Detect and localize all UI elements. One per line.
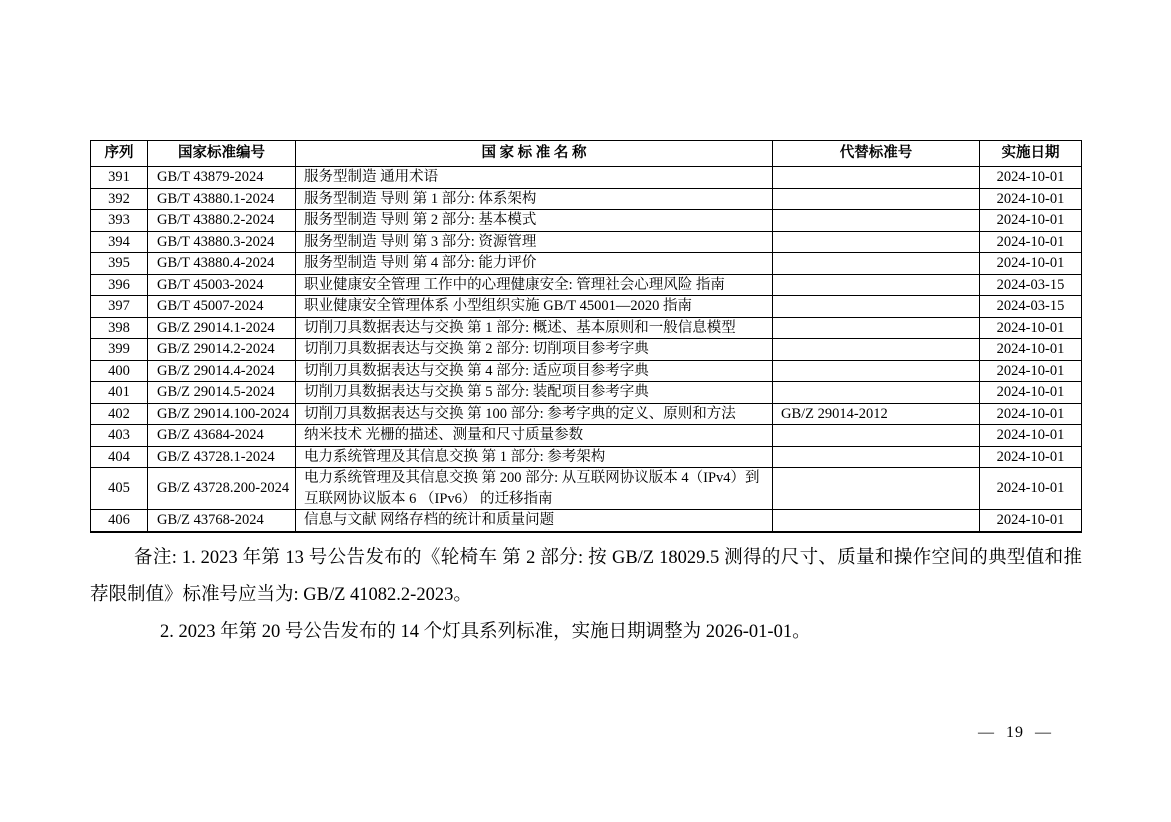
cell-code: GB/Z 43728.1-2024 [148, 446, 296, 468]
page-number: — 19 — [930, 724, 1100, 742]
cell-date: 2024-10-01 [980, 446, 1082, 468]
table-row: 405 GB/Z 43728.200-2024 电力系统管理及其信息交换 第 2… [91, 468, 1082, 510]
cell-seq: 401 [91, 382, 148, 404]
table-row: 396 GB/T 45003-2024 职业健康安全管理 工作中的心理健康安全:… [91, 274, 1082, 296]
table-header-row: 序列 国家标准编号 国 家 标 准 名 称 代替标准号 实施日期 [91, 141, 1082, 167]
cell-code: GB/T 43880.4-2024 [148, 253, 296, 275]
cell-replaces [773, 425, 980, 447]
cell-replaces [773, 317, 980, 339]
cell-name: 切削刀具数据表达与交换 第 4 部分: 适应项目参考字典 [296, 360, 773, 382]
cell-replaces: GB/Z 29014-2012 [773, 403, 980, 425]
header-date: 实施日期 [980, 141, 1082, 167]
cell-name: 切削刀具数据表达与交换 第 2 部分: 切削项目参考字典 [296, 339, 773, 361]
cell-date: 2024-10-01 [980, 425, 1082, 447]
cell-name: 服务型制造 导则 第 2 部分: 基本模式 [296, 210, 773, 232]
cell-date: 2024-03-15 [980, 296, 1082, 318]
table-row: 406 GB/Z 43768-2024 信息与文献 网络存档的统计和质量问题 2… [91, 510, 1082, 532]
cell-code: GB/T 45003-2024 [148, 274, 296, 296]
cell-code: GB/Z 29014.100-2024 [148, 403, 296, 425]
cell-replaces [773, 274, 980, 296]
table-row: 395 GB/T 43880.4-2024 服务型制造 导则 第 4 部分: 能… [91, 253, 1082, 275]
table-row: 401 GB/Z 29014.5-2024 切削刀具数据表达与交换 第 5 部分… [91, 382, 1082, 404]
cell-code: GB/Z 29014.4-2024 [148, 360, 296, 382]
cell-replaces [773, 382, 980, 404]
cell-date: 2024-10-01 [980, 317, 1082, 339]
cell-name: 切削刀具数据表达与交换 第 5 部分: 装配项目参考字典 [296, 382, 773, 404]
cell-date: 2024-10-01 [980, 210, 1082, 232]
header-code: 国家标准编号 [148, 141, 296, 167]
cell-date: 2024-10-01 [980, 253, 1082, 275]
footnotes: 备注: 1. 2023 年第 13 号公告发布的《轮椅车 第 2 部分: 按 G… [90, 540, 1082, 651]
cell-seq: 400 [91, 360, 148, 382]
table-row: 402 GB/Z 29014.100-2024 切削刀具数据表达与交换 第 10… [91, 403, 1082, 425]
cell-seq: 402 [91, 403, 148, 425]
cell-code: GB/T 43880.3-2024 [148, 231, 296, 253]
cell-replaces [773, 468, 980, 510]
cell-date: 2024-10-01 [980, 360, 1082, 382]
cell-name: 服务型制造 导则 第 3 部分: 资源管理 [296, 231, 773, 253]
table-row: 393 GB/T 43880.2-2024 服务型制造 导则 第 2 部分: 基… [91, 210, 1082, 232]
cell-replaces [773, 167, 980, 189]
cell-code: GB/T 43879-2024 [148, 167, 296, 189]
cell-seq: 404 [91, 446, 148, 468]
cell-replaces [773, 360, 980, 382]
cell-seq: 403 [91, 425, 148, 447]
cell-seq: 391 [91, 167, 148, 189]
cell-name: 服务型制造 导则 第 1 部分: 体系架构 [296, 188, 773, 210]
cell-replaces [773, 339, 980, 361]
table-row: 404 GB/Z 43728.1-2024 电力系统管理及其信息交换 第 1 部… [91, 446, 1082, 468]
cell-seq: 394 [91, 231, 148, 253]
cell-code: GB/T 43880.1-2024 [148, 188, 296, 210]
cell-date: 2024-10-01 [980, 382, 1082, 404]
cell-name: 服务型制造 导则 第 4 部分: 能力评价 [296, 253, 773, 275]
table-row: 399 GB/Z 29014.2-2024 切削刀具数据表达与交换 第 2 部分… [91, 339, 1082, 361]
cell-replaces [773, 188, 980, 210]
cell-seq: 396 [91, 274, 148, 296]
cell-code: GB/Z 29014.5-2024 [148, 382, 296, 404]
table-row: 394 GB/T 43880.3-2024 服务型制造 导则 第 3 部分: 资… [91, 231, 1082, 253]
cell-code: GB/Z 43728.200-2024 [148, 468, 296, 510]
cell-code: GB/Z 29014.1-2024 [148, 317, 296, 339]
cell-date: 2024-10-01 [980, 510, 1082, 532]
cell-date: 2024-10-01 [980, 403, 1082, 425]
header-replaces: 代替标准号 [773, 141, 980, 167]
cell-date: 2024-10-01 [980, 167, 1082, 189]
cell-seq: 393 [91, 210, 148, 232]
cell-name: 纳米技术 光栅的描述、测量和尺寸质量参数 [296, 425, 773, 447]
cell-seq: 399 [91, 339, 148, 361]
cell-name: 职业健康安全管理 工作中的心理健康安全: 管理社会心理风险 指南 [296, 274, 773, 296]
table-row: 392 GB/T 43880.1-2024 服务型制造 导则 第 1 部分: 体… [91, 188, 1082, 210]
cell-code: GB/T 45007-2024 [148, 296, 296, 318]
cell-seq: 405 [91, 468, 148, 510]
table-row: 397 GB/T 45007-2024 职业健康安全管理体系 小型组织实施 GB… [91, 296, 1082, 318]
cell-name: 电力系统管理及其信息交换 第 200 部分: 从互联网协议版本 4（IPv4）到… [296, 468, 773, 510]
cell-code: GB/Z 43684-2024 [148, 425, 296, 447]
header-name: 国 家 标 准 名 称 [296, 141, 773, 167]
cell-name: 服务型制造 通用术语 [296, 167, 773, 189]
cell-replaces [773, 446, 980, 468]
cell-seq: 406 [91, 510, 148, 532]
cell-name: 职业健康安全管理体系 小型组织实施 GB/T 45001—2020 指南 [296, 296, 773, 318]
table-row: 400 GB/Z 29014.4-2024 切削刀具数据表达与交换 第 4 部分… [91, 360, 1082, 382]
cell-name: 电力系统管理及其信息交换 第 1 部分: 参考架构 [296, 446, 773, 468]
table-row: 403 GB/Z 43684-2024 纳米技术 光栅的描述、测量和尺寸质量参数… [91, 425, 1082, 447]
table-row: 391 GB/T 43879-2024 服务型制造 通用术语 2024-10-0… [91, 167, 1082, 189]
cell-date: 2024-10-01 [980, 339, 1082, 361]
cell-date: 2024-10-01 [980, 231, 1082, 253]
header-seq: 序列 [91, 141, 148, 167]
cell-code: GB/Z 29014.2-2024 [148, 339, 296, 361]
cell-seq: 397 [91, 296, 148, 318]
cell-date: 2024-10-01 [980, 188, 1082, 210]
footnote-1: 备注: 1. 2023 年第 13 号公告发布的《轮椅车 第 2 部分: 按 G… [90, 540, 1082, 614]
cell-replaces [773, 210, 980, 232]
cell-replaces [773, 231, 980, 253]
cell-name: 切削刀具数据表达与交换 第 1 部分: 概述、基本原则和一般信息模型 [296, 317, 773, 339]
cell-seq: 392 [91, 188, 148, 210]
standards-table: 序列 国家标准编号 国 家 标 准 名 称 代替标准号 实施日期 391 GB/… [90, 140, 1082, 533]
cell-name: 切削刀具数据表达与交换 第 100 部分: 参考字典的定义、原则和方法 [296, 403, 773, 425]
cell-replaces [773, 253, 980, 275]
table-row: 398 GB/Z 29014.1-2024 切削刀具数据表达与交换 第 1 部分… [91, 317, 1082, 339]
cell-date: 2024-03-15 [980, 274, 1082, 296]
footnote-2: 2. 2023 年第 20 号公告发布的 14 个灯具系列标准，实施日期调整为 … [90, 614, 1082, 651]
cell-seq: 395 [91, 253, 148, 275]
cell-replaces [773, 510, 980, 532]
cell-replaces [773, 296, 980, 318]
cell-code: GB/T 43880.2-2024 [148, 210, 296, 232]
cell-code: GB/Z 43768-2024 [148, 510, 296, 532]
cell-name: 信息与文献 网络存档的统计和质量问题 [296, 510, 773, 532]
cell-date: 2024-10-01 [980, 468, 1082, 510]
cell-seq: 398 [91, 317, 148, 339]
